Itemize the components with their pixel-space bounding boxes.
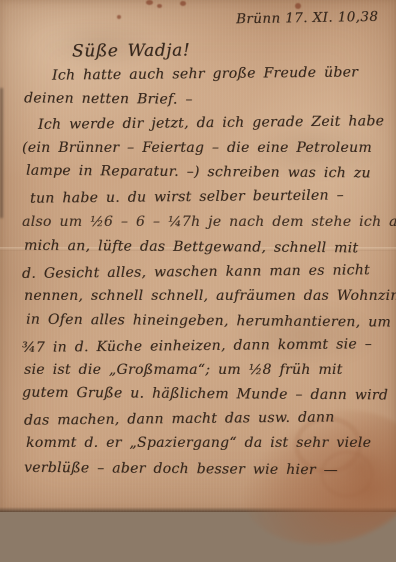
letter-page: Brünn 17. XI. 10,38 Süße Wadja! Ich hatt… [0,0,396,512]
letter-line: das machen, dann macht das usw. dann [24,407,335,430]
letter-line: gutem Gruße u. häßlichem Munde – dann wi… [22,383,388,406]
letter-line: Ich werde dir jetzt, da ich gerade Zeit … [38,111,384,135]
paper-speck [117,15,121,19]
letter-line: kommt d. er „Spaziergang“ da ist sehr vi… [26,433,371,453]
letter-line: lampe in Reparatur. –) schreiben was ich… [26,161,371,184]
letter-line: ¾7 in d. Küche einheizen, dann kommt sie… [22,334,372,358]
paper-speck [157,4,162,8]
salutation: Süße Wadja! [72,40,190,61]
paper-speck [146,0,153,5]
letter-line: Ich hatte auch sehr große Freude über [52,62,358,85]
date-line: Brünn 17. XI. 10,38 [236,9,379,27]
letter-line: deinen netten Brief. – [24,88,193,109]
letter-line: nennen, schnell schnell, aufräumen das W… [24,286,396,306]
letter-line: tun habe u. du wirst selber beurteilen – [30,185,344,208]
letter-line: in Ofen alles hineingeben, herumhantiere… [26,310,391,333]
paper-speck [180,1,186,6]
letter-line: d. Gesicht alles, waschen kann man es ni… [22,260,370,284]
letter-line: mich an, lüfte das Bettgewand, schnell m… [24,236,358,259]
letter-line: also um ½6 – 6 – ¼7h je nach dem stehe i… [22,212,396,232]
letter-line: (ein Brünner – Feiertag – die eine Petro… [22,138,372,158]
letter-line: verblüße – aber doch besser wie hier — [24,458,338,480]
paper-speck [295,3,301,9]
letter-line: sie ist die „Großmama“; um ½8 früh mit [24,360,343,380]
left-edge-shadow [0,88,3,218]
